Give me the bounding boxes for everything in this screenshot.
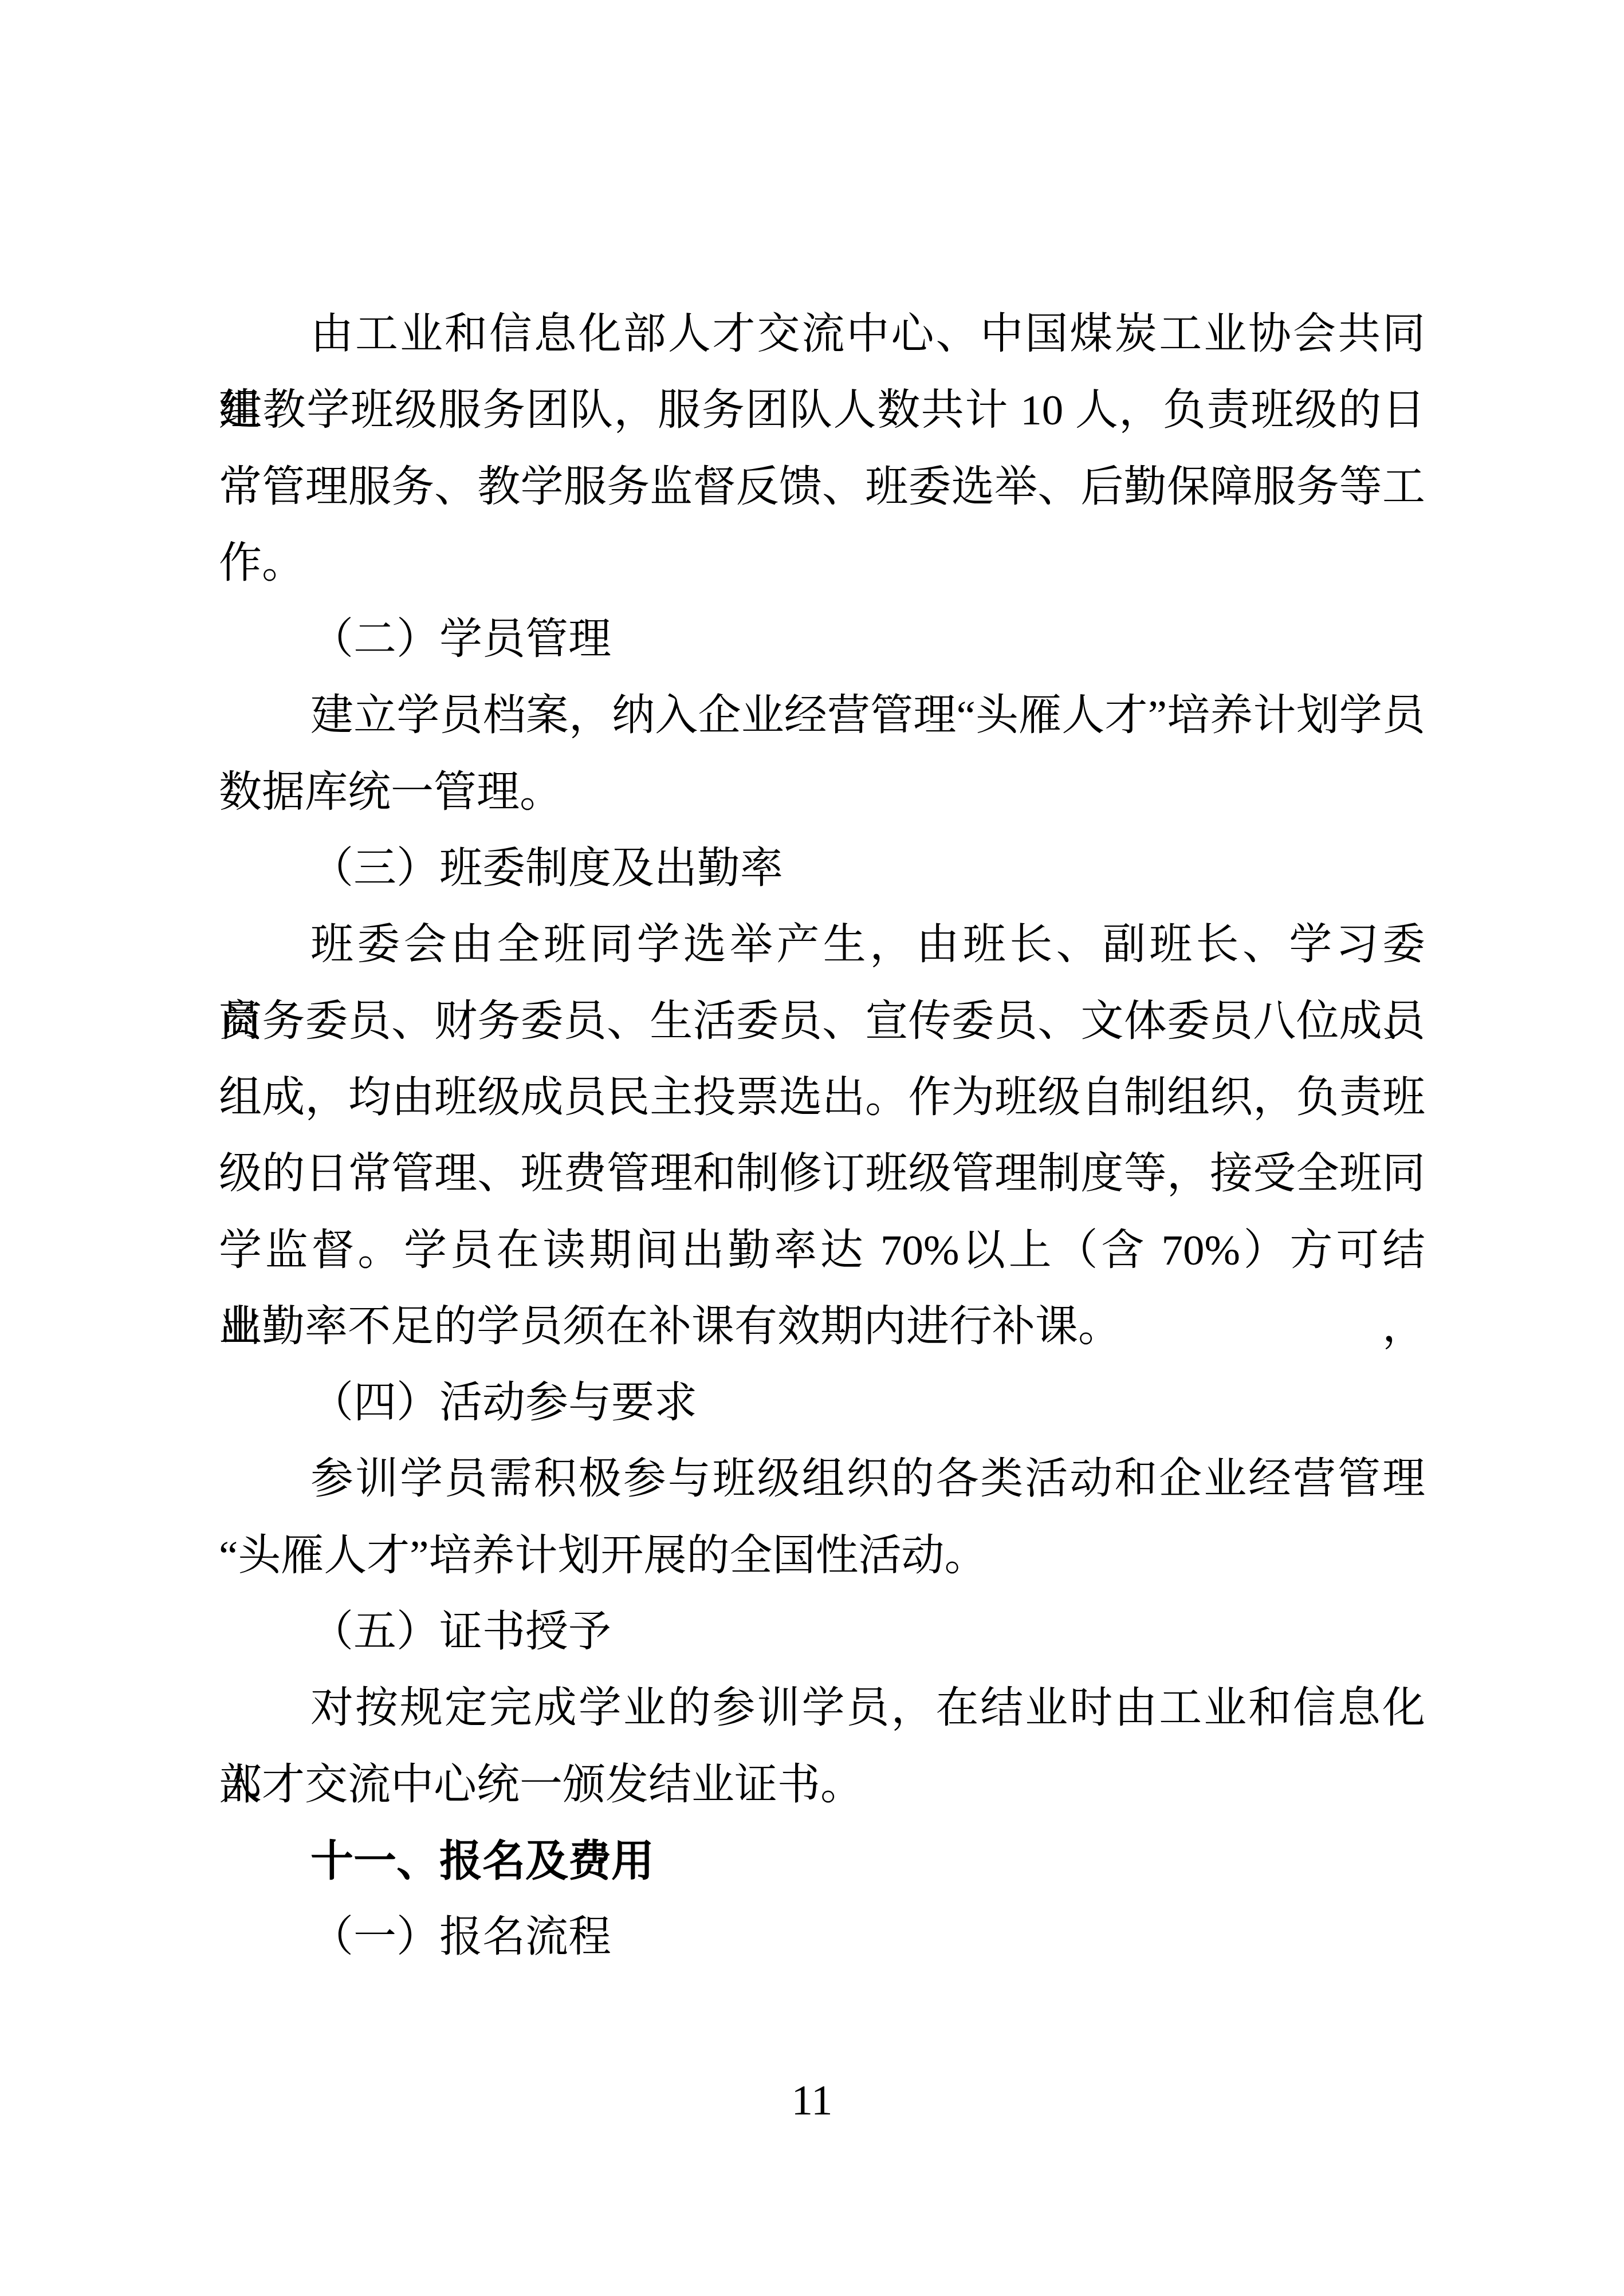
body-line: 参训学员需积极参与班级组织的各类活动和企业经营管理 [219,1441,1425,1517]
body-line: 商务委员、财务委员、生活委员、宣传委员、文体委员八位成员 [219,983,1425,1060]
document-text-body: 由工业和信息化部人才交流中心、中国煤炭工业协会共同组 建教学班级服务团队，服务团… [219,296,1425,1976]
chapter-heading-11: 十一、报名及费用 [219,1823,1425,1899]
body-line: 人才交流中心统一颁发结业证书。 [219,1747,1425,1823]
body-line: 作。 [219,525,1425,601]
body-line: 常管理服务、教学服务监督反馈、班委选举、后勤保障服务等工 [219,449,1425,525]
section-heading-3: （三）班委制度及出勤率 [219,830,1425,907]
document-page: 由工业和信息化部人才交流中心、中国煤炭工业协会共同组 建教学班级服务团队，服务团… [0,0,1624,2296]
body-line: 对按规定完成学业的参训学员，在结业时由工业和信息化部 [219,1670,1425,1746]
body-line: 班委会由全班同学选举产生，由班长、副班长、学习委员、 [219,907,1425,983]
body-line: 学监督。学员在读期间出勤率达 70%以上（含 70%）方可结业， [219,1212,1425,1289]
section-heading-5: （五）证书授予 [219,1594,1425,1670]
body-line: 数据库统一管理。 [219,754,1425,830]
section-heading-4: （四）活动参与要求 [219,1365,1425,1441]
body-line: 建教学班级服务团队，服务团队人数共计 10 人，负责班级的日 [219,372,1425,448]
body-line: “头雁人才”培养计划开展的全国性活动。 [219,1518,1425,1594]
body-line: 组成，均由班级成员民主投票选出。作为班级自制组织，负责班 [219,1060,1425,1136]
body-line: 建立学员档案，纳入企业经营管理“头雁人才”培养计划学员 [219,678,1425,754]
body-line: 级的日常管理、班费管理和制修订班级管理制度等，接受全班同 [219,1136,1425,1212]
section-heading-2: （二）学员管理 [219,601,1425,678]
section-heading-1: （一）报名流程 [219,1899,1425,1975]
body-line: 由工业和信息化部人才交流中心、中国煤炭工业协会共同组 [219,296,1425,372]
page-number: 11 [0,2079,1624,2122]
